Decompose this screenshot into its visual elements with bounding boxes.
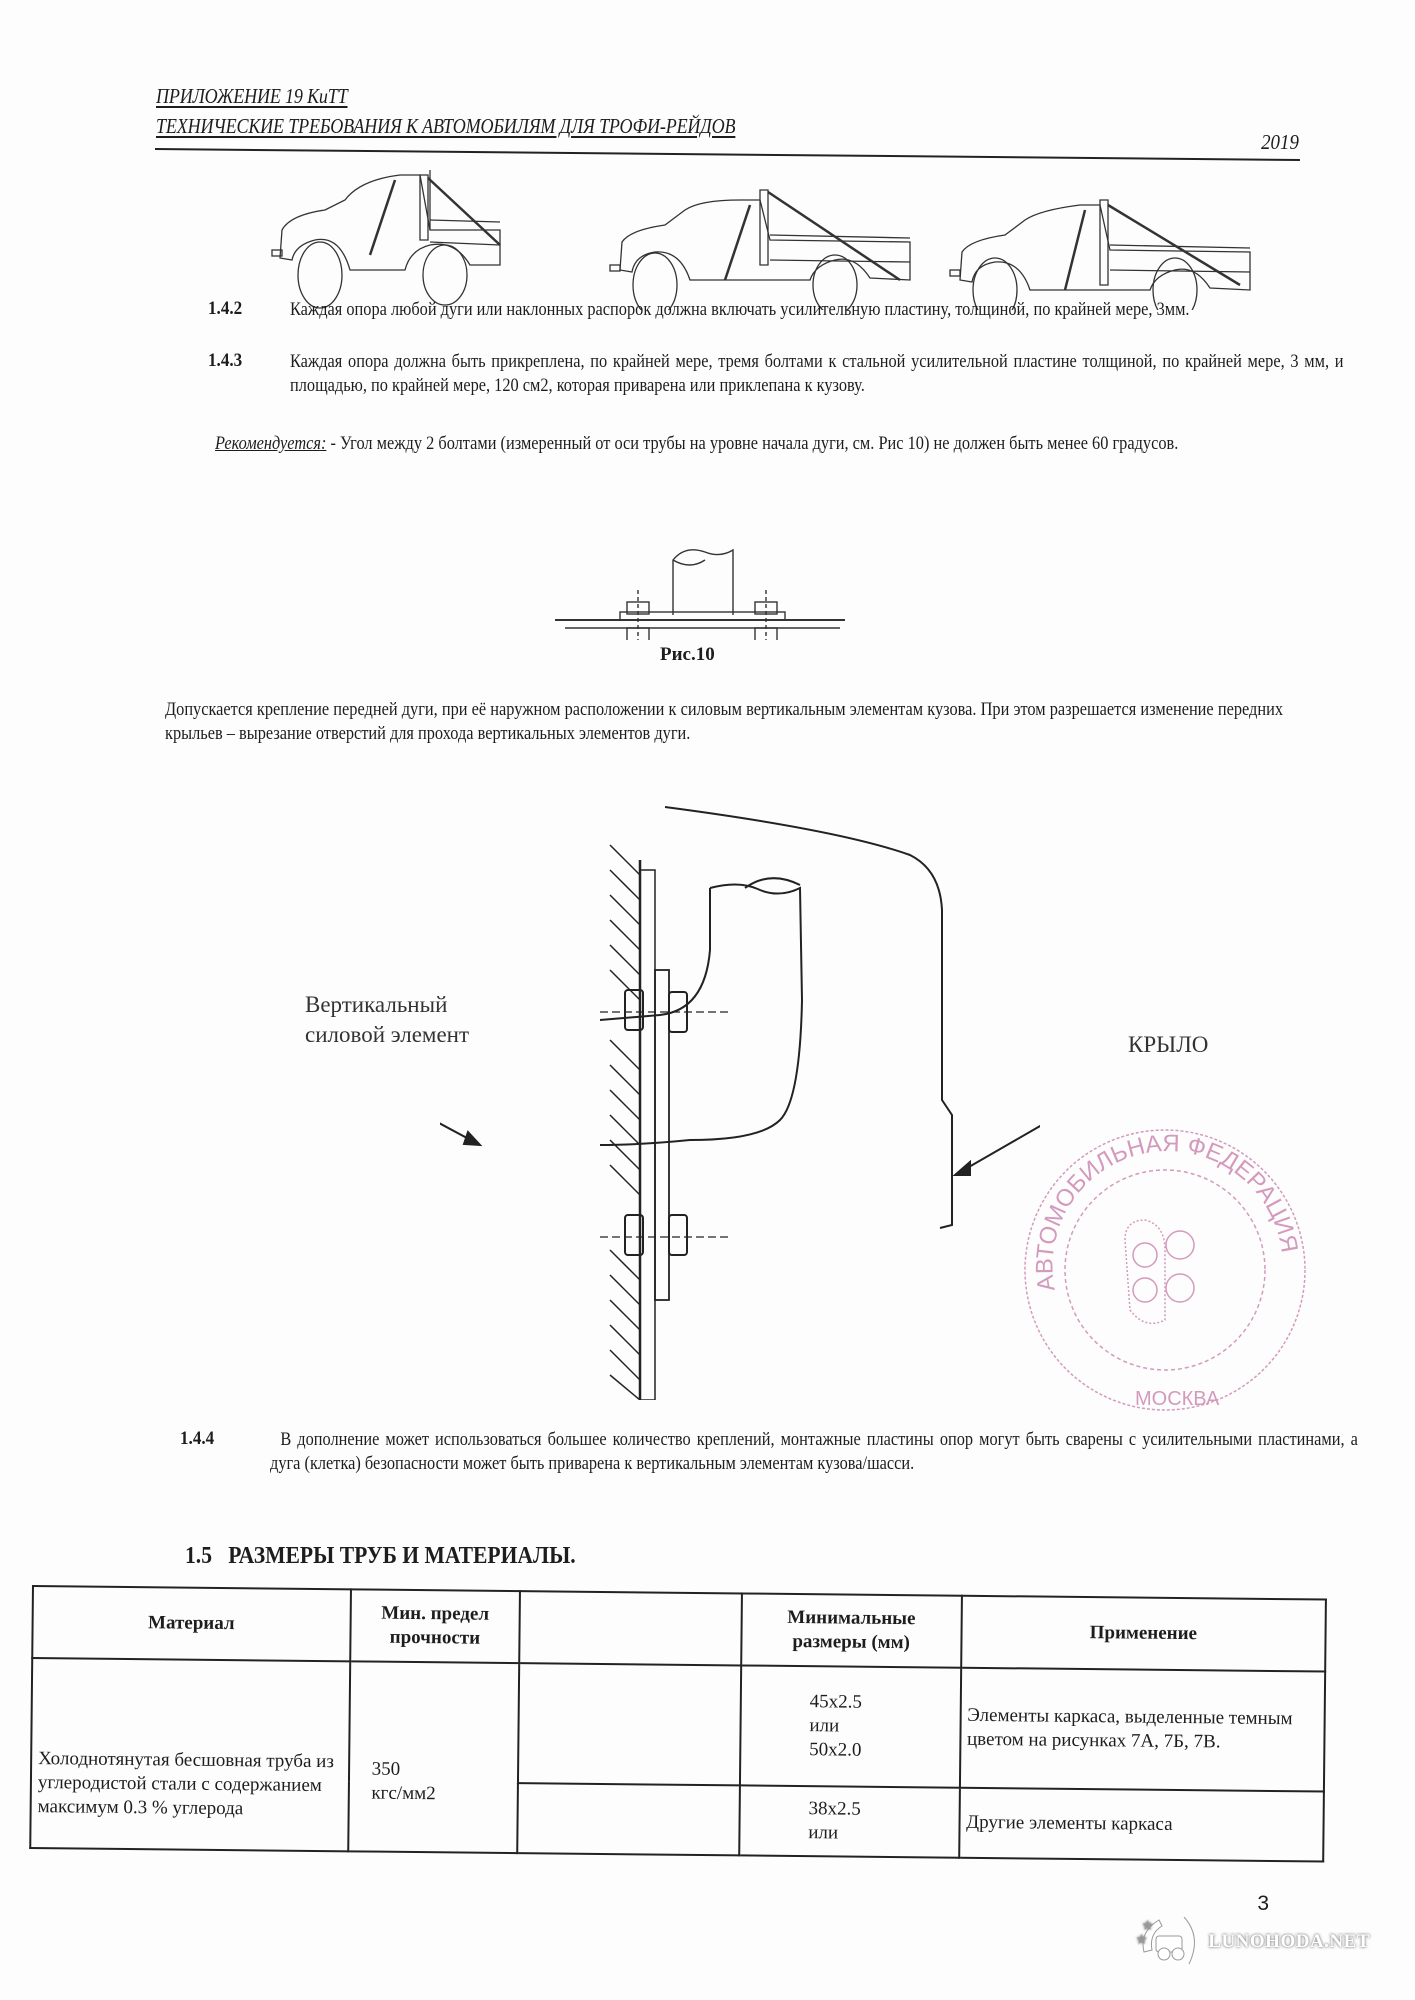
header-year: 2019 [1261, 130, 1299, 155]
cell-use-1: Элементы каркаса, выделенные темным цвет… [960, 1668, 1326, 1792]
cell-strength: 350 кгс/мм2 [348, 1661, 520, 1853]
strength-unit: кгс/мм2 [371, 1782, 511, 1807]
clause-text-144: В дополнение может использоваться больше… [270, 1428, 1358, 1476]
recommendation: Рекомендуется: - Угол между 2 болтами (и… [215, 432, 1363, 456]
header-rule [155, 148, 1300, 161]
svg-text:★: ★ [1138, 1935, 1146, 1944]
stamp-city: МОСКВА [1135, 1388, 1220, 1410]
section-heading: 1.5 РАЗМЕРЫ ТРУБ И МАТЕРИАЛЫ. [185, 1543, 576, 1570]
size-value: 50x2.0 [809, 1738, 953, 1764]
header-title: ТЕХНИЧЕСКИЕ ТРЕБОВАНИЯ К АВТОМОБИЛЯМ ДЛЯ… [156, 114, 735, 139]
mounting-diagram [440, 800, 1040, 1400]
clause-number-143: 1.4.3 [208, 350, 242, 372]
truck-3 [950, 200, 1250, 310]
lunohod-logo-icon: ★ ★ [1134, 1912, 1204, 1972]
label-vertical-element: Вертикальный силовой элемент [305, 990, 469, 1050]
trucks-figure [270, 170, 1320, 310]
cell-empty-1 [518, 1663, 741, 1785]
cell-use-2: Другие элементы каркаса [959, 1788, 1324, 1862]
figure-10 [555, 540, 845, 640]
front-bar-note: Допускается крепление передней дуги, при… [165, 698, 1283, 746]
materials-table: Материал Мин. предел прочности Минимальн… [29, 1585, 1327, 1863]
header-min-sizes: Минимальные размеры (мм) [741, 1593, 962, 1667]
header-application: Применение [961, 1596, 1326, 1672]
header-material: Материал [32, 1586, 350, 1661]
recommendation-text: - Угол между 2 болтами (измеренный от ос… [326, 433, 1178, 454]
cell-sizes-2: 38x2.5 или [739, 1785, 960, 1857]
cell-material: Холоднотянутая бесшовная труба из углеро… [30, 1658, 350, 1851]
size-or: или [809, 1714, 953, 1740]
clause-text-143: Каждая опора должна быть прикреплена, по… [290, 350, 1344, 398]
recommendation-label: Рекомендуется: [215, 433, 326, 454]
official-stamp: АВТОМОБИЛЬНАЯ ФЕДЕРАЦИЯ МОСКВА [1015, 1120, 1315, 1420]
size-value: 45x2.5 [810, 1690, 954, 1716]
svg-text:★: ★ [1144, 1921, 1152, 1930]
section-title: РАЗМЕРЫ ТРУБ И МАТЕРИАЛЫ. [228, 1543, 575, 1569]
strength-value: 350 [372, 1758, 512, 1783]
stamp-text: АВТОМОБИЛЬНАЯ ФЕДЕРАЦИЯ [1031, 1130, 1302, 1293]
label-fender: КРЫЛО [1128, 1030, 1208, 1060]
cell-sizes-1: 45x2.5 или 50x2.0 [740, 1665, 961, 1787]
table-row: Холоднотянутая бесшовная труба из углеро… [31, 1658, 1325, 1792]
section-number: 1.5 [185, 1543, 212, 1569]
header-appendix: ПРИЛОЖЕНИЕ 19 КиТТ [156, 84, 348, 109]
table-header-row: Материал Мин. предел прочности Минимальн… [32, 1586, 1326, 1672]
watermark-text: LUNOHODA.NET [1208, 1931, 1370, 1953]
truck-2 [610, 190, 910, 310]
clause-number-144: 1.4.4 [180, 1428, 214, 1450]
label-vertical-element-line1: Вертикальный [305, 990, 469, 1020]
label-vertical-element-line2: силовой элемент [305, 1020, 469, 1050]
cell-empty-2 [518, 1783, 740, 1855]
size-value: 38x2.5 [808, 1797, 952, 1823]
clause-text-142: Каждая опора любой дуги или наклонных ра… [290, 298, 1344, 322]
header-empty [520, 1591, 742, 1665]
figure-10-caption: Рис.10 [660, 644, 715, 666]
size-or: или [808, 1821, 952, 1847]
header-strength: Мин. предел прочности [350, 1589, 521, 1663]
document-page: ПРИЛОЖЕНИЕ 19 КиТТ ТЕХНИЧЕСКИЕ ТРЕБОВАНИ… [0, 0, 1415, 2000]
truck-1 [272, 170, 500, 308]
clause-number-142: 1.4.2 [208, 298, 242, 320]
site-watermark: ★ ★ LUNOHODA.NET [1134, 1912, 1370, 1972]
